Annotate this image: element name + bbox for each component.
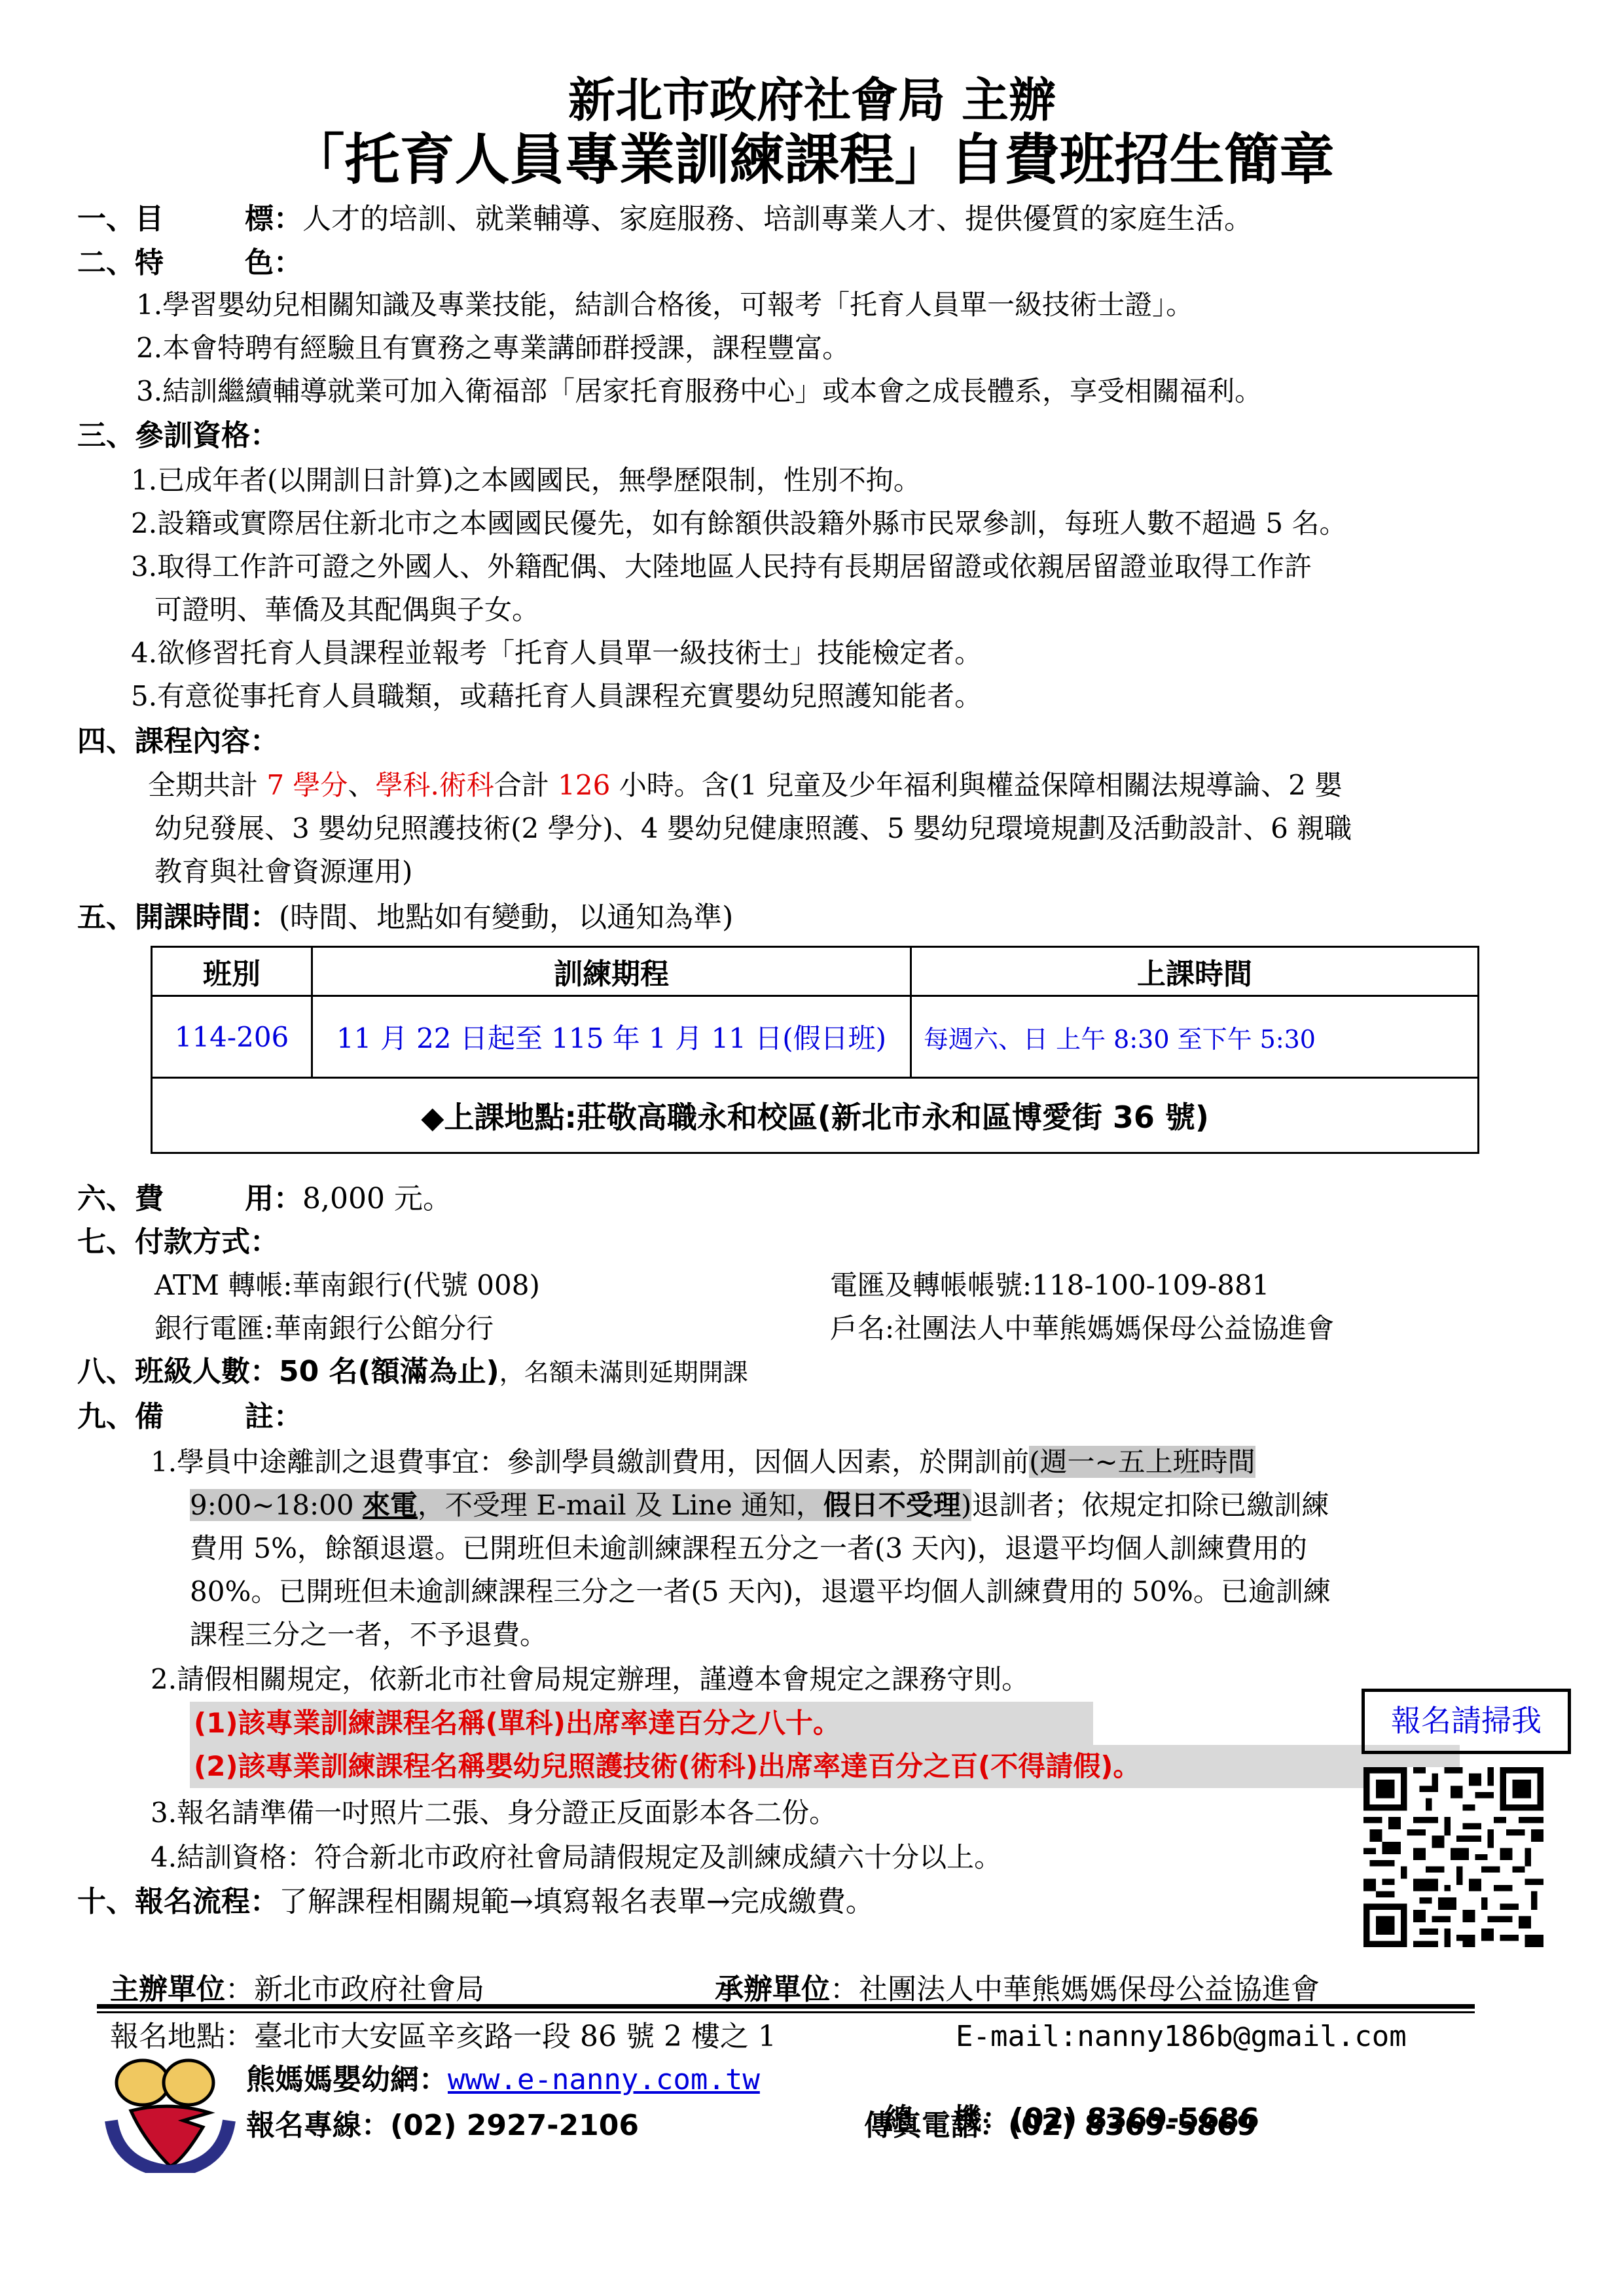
colon: ： (250, 1225, 279, 1259)
class-time: 每週六、日 上午 8:30 至下午 5:30 (911, 996, 1479, 1078)
website-line: 熊媽媽嬰幼網：www.e-nanny.com.tw (246, 2060, 760, 2100)
column-header-class: 班別 (152, 947, 312, 996)
section-number: 六、 (77, 1182, 135, 1215)
colon: ： (274, 1182, 302, 1215)
course-content-line: 幼兒發展、3 嬰幼兒照護技術(2 學分)、4 嬰幼兒健康照護、5 嬰幼兒環境規劃… (154, 809, 1352, 848)
section-number: 五、 (77, 901, 135, 934)
remark-item-refund-cont: 課程三分之一者，不予退費。 (190, 1615, 547, 1655)
section-number: 八、 (77, 1355, 135, 1388)
section-label: 報名流程 (135, 1885, 250, 1918)
class-location: ◆上課地點:莊敬高職永和校區(新北市永和區博愛街 36 號) (152, 1078, 1479, 1153)
table-header-row: 班別 訓練期程 上課時間 (152, 947, 1479, 996)
remark-item-refund: 1.學員中途離訓之退費事宜：參訓學員繳訓費用，因個人因素，於開訓前(週一~五上班… (151, 1443, 1255, 1482)
section-label: 目 (135, 202, 164, 236)
section-label: 標 (245, 202, 274, 236)
hours-highlight: 126 (558, 769, 610, 801)
wire-transfer: 銀行電匯:華南銀行公館分行 (154, 1309, 494, 1348)
section-label: 特 (135, 246, 164, 279)
objective-text: 人才的培訓、就業輔導、家庭服務、培訓專業人才、提供優質的家庭生活。 (302, 202, 1253, 236)
website-label: 熊媽媽嬰幼網： (246, 2063, 448, 2096)
host-label: 主辦單位 (110, 1973, 225, 2006)
table-row: 114-206 11 月 22 日起至 115 年 1 月 11 日(假日班) … (152, 996, 1479, 1078)
colon: ： (250, 1355, 279, 1388)
remark-item-refund-cont: 9:00~18:00 來電，不受理 E-mail 及 Line 通知，假日不受理… (190, 1486, 1329, 1525)
colon: ： (250, 725, 279, 758)
hotline-line: 報名專線：(02) 2927-2106 (246, 2106, 639, 2145)
host-value: ：新北市政府社會局 (225, 1973, 484, 2006)
remark-item-refund-cont: 費用 5%，餘額退還。已開班但未逾訓練課程五分之一者(3 天內)，退還平均個人訓… (190, 1529, 1307, 1568)
text: 退訓者；依規定扣除已繳訓練 (971, 1489, 1329, 1521)
colon: ： (250, 1885, 279, 1918)
section-number: 二、 (77, 246, 135, 279)
section-features-heading: 二、特色： (77, 243, 302, 283)
refund-phone-highlight: 9:00~18:00 來電，不受理 E-mail 及 Line 通知，假日不受理… (190, 1489, 971, 1521)
section-fee: 六、費用：8,000 元。 (77, 1179, 452, 1219)
section-objective: 一、目標：人才的培訓、就業輔導、家庭服務、培訓專業人才、提供優質的家庭生活。 (77, 200, 1253, 239)
section-class-size: 八、班級人數：50 名(額滿為止)，名額未滿則延期開課 (77, 1352, 748, 1392)
section-label: 參訓資格 (135, 419, 250, 452)
section-number: 三、 (77, 419, 135, 452)
footer-divider (97, 2004, 1475, 2009)
section-label: 課程內容 (135, 725, 250, 758)
feature-item: 2.本會特聘有經驗且有實務之專業講師群授課，課程豐富。 (136, 329, 850, 368)
leave-rule-2: (2)該專業訓練課程名稱嬰幼兒照護技術(術科)出席率達百分之百(不得請假)。 (194, 1747, 1140, 1786)
section-label: 班級人數 (135, 1355, 250, 1388)
training-period: 11 月 22 日起至 115 年 1 月 11 日(假日班) (312, 996, 911, 1078)
qr-code-icon[interactable] (1363, 1767, 1543, 1947)
eligibility-item: 3.取得工作許可證之外國人、外籍配偶、大陸地區人民持有長期居留證或依親居留證並取… (131, 547, 1312, 586)
contractor-value: ：社團法人中華熊媽媽保母公益協進會 (830, 1973, 1320, 2006)
column-header-period: 訓練期程 (312, 947, 911, 996)
registration-flow-text: 了解課程相關規範→填寫報名表單→完成繳費。 (279, 1885, 875, 1918)
registration-address: 報名地點：臺北市大安區辛亥路一段 86 號 2 樓之 1 (110, 2017, 776, 2056)
schedule-table: 班別 訓練期程 上課時間 114-206 11 月 22 日起至 115 年 1… (151, 946, 1479, 1154)
text: 全期共計 (148, 769, 266, 801)
fax-number: (02) 8369-5869 (1008, 2109, 1257, 2142)
nanny-association-logo (105, 2055, 236, 2173)
section-payment-heading: 七、付款方式： (77, 1223, 279, 1262)
class-size-value: 50 名(額滿為止) (279, 1355, 499, 1388)
section-eligibility-heading: 三、參訓資格： (77, 416, 279, 456)
footer-contractor: 承辦單位：社團法人中華熊媽媽保母公益協進會 (715, 1970, 1320, 2009)
location-row: ◆上課地點:莊敬高職永和校區(新北市永和區博愛街 36 號) (152, 1078, 1479, 1153)
text: 合計 (494, 769, 558, 801)
colon: ： (250, 901, 279, 934)
contact-email[interactable]: E-mail:nanny186b@gmail.com (956, 2017, 1407, 2056)
remark-item-documents: 3.報名請準備一吋照片二張、身分證正反面影本各二份。 (151, 1793, 837, 1833)
text: 9:00~18:00 (190, 1489, 363, 1521)
colon: ： (274, 246, 302, 279)
colon: ： (274, 202, 302, 236)
section-number: 四、 (77, 725, 135, 758)
text: ) (961, 1489, 971, 1521)
section-remarks-heading: 九、備註： (77, 1397, 302, 1437)
section-registration-flow: 十、報名流程：了解課程相關規範→填寫報名表單→完成繳費。 (77, 1882, 875, 1922)
section-number: 一、 (77, 202, 135, 236)
eligibility-item: 5.有意從事托育人員職類，或藉托育人員課程充實嬰幼兒照護知能者。 (131, 677, 982, 716)
column-header-time: 上課時間 (911, 947, 1479, 996)
colon: ： (250, 419, 279, 452)
remark-item-completion: 4.結訓資格：符合新北市政府社會局請假規定及訓練成績六十分以上。 (151, 1838, 1001, 1877)
leave-rule-1: (1)該專業訓練課程名稱(單科)出席率達百分之八十。 (194, 1704, 840, 1743)
text: 、 (348, 769, 375, 801)
page-title: 「托育人員專業訓練課程」自費班招生簡章 (0, 126, 1624, 194)
eligibility-item-cont: 可證明、華僑及其配偶與子女。 (154, 590, 539, 630)
organizer-line: 新北市政府社會局 主辦 (0, 71, 1624, 130)
account-number: 電匯及轉帳帳號:118-100-109-881 (830, 1266, 1269, 1305)
colon: ： (274, 1400, 302, 1433)
section-label: 開課時間 (135, 901, 250, 934)
fax-label: 傳真電話： (864, 2109, 1008, 2142)
schedule-note: (時間、地點如有變動，以通知為準) (279, 901, 733, 934)
contractor-label: 承辦單位 (715, 1973, 830, 2006)
hotline-number: (02) 2927-2106 (390, 2109, 639, 2142)
class-size-note: ，名額未滿則延期開課 (499, 1358, 748, 1387)
section-number: 七、 (77, 1225, 135, 1259)
atm-transfer: ATM 轉帳:華南銀行(代號 008) (154, 1266, 540, 1305)
feature-item: 3.結訓繼續輔導就業可加入衛福部「居家托育服務中心」或本會之成長體系，享受相關福… (136, 372, 1262, 411)
account-holder: 戶名:社團法人中華熊媽媽保母公益協進會 (830, 1309, 1334, 1348)
phone-call-label: 來電 (363, 1489, 418, 1521)
no-holiday-label: 假日不受理 (823, 1489, 961, 1521)
subjects-highlight: 學科.術科 (375, 769, 494, 801)
qr-label-box: 報名請掃我 (1362, 1689, 1571, 1754)
text: ，不受理 E-mail 及 Line 通知， (418, 1489, 823, 1521)
section-number: 九、 (77, 1400, 135, 1433)
refund-hours-highlight: (週一~五上班時間 (1029, 1446, 1255, 1478)
text: 小時。含(1 兒童及少年福利與權益保障相關法規導論、2 嬰 (610, 769, 1342, 801)
footer-divider (97, 2011, 1475, 2013)
section-label: 費 (135, 1182, 164, 1215)
section-number: 十、 (77, 1885, 135, 1918)
hotline-label: 報名專線： (246, 2109, 390, 2142)
section-label: 色 (245, 246, 274, 279)
section-content-heading: 四、課程內容： (77, 722, 279, 761)
section-schedule-heading: 五、開課時間：(時間、地點如有變動，以通知為準) (77, 898, 733, 937)
feature-item: 1.學習嬰幼兒相關知識及專業技能，結訓合格後，可報考「托育人員單一級技術士證」。 (136, 285, 1193, 325)
footer-host: 主辦單位：新北市政府社會局 (110, 1970, 484, 2009)
text: 1.學員中途離訓之退費事宜：參訓學員繳訓費用，因個人因素，於開訓前 (151, 1446, 1029, 1478)
eligibility-item: 1.已成年者(以開訓日計算)之本國國民，無學歷限制，性別不拘。 (131, 461, 921, 500)
course-content-line: 教育與社會資源運用) (154, 852, 412, 891)
remark-item-refund-cont: 80%。已開班但未逾訓練課程三分之一者(5 天內)，退還平均個人訓練費用的 50… (190, 1572, 1331, 1611)
fax-line: 傳真電話：(02) 8369-5869 (864, 2106, 1257, 2145)
section-label: 註 (245, 1400, 274, 1433)
fee-amount: 8,000 元。 (302, 1182, 452, 1215)
section-label: 用 (245, 1182, 274, 1215)
website-link[interactable]: www.e-nanny.com.tw (448, 2063, 760, 2096)
class-code: 114-206 (152, 996, 312, 1078)
credits-highlight: 7 學分 (266, 769, 348, 801)
course-content-line: 全期共計 7 學分、學科.術科合計 126 小時。含(1 兒童及少年福利與權益保… (148, 766, 1342, 805)
eligibility-item: 2.設籍或實際居住新北市之本國國民優先，如有餘額供設籍外縣市民眾參訓，每班人數不… (131, 504, 1347, 543)
remark-item-leave: 2.請假相關規定，依新北市社會局規定辦理，謹遵本會規定之課務守則。 (151, 1660, 1029, 1699)
section-label: 付款方式 (135, 1225, 250, 1259)
section-label: 備 (135, 1400, 164, 1433)
eligibility-item: 4.欲修習托育人員課程並報考「托育人員單一級技術士」技能檢定者。 (131, 634, 982, 673)
